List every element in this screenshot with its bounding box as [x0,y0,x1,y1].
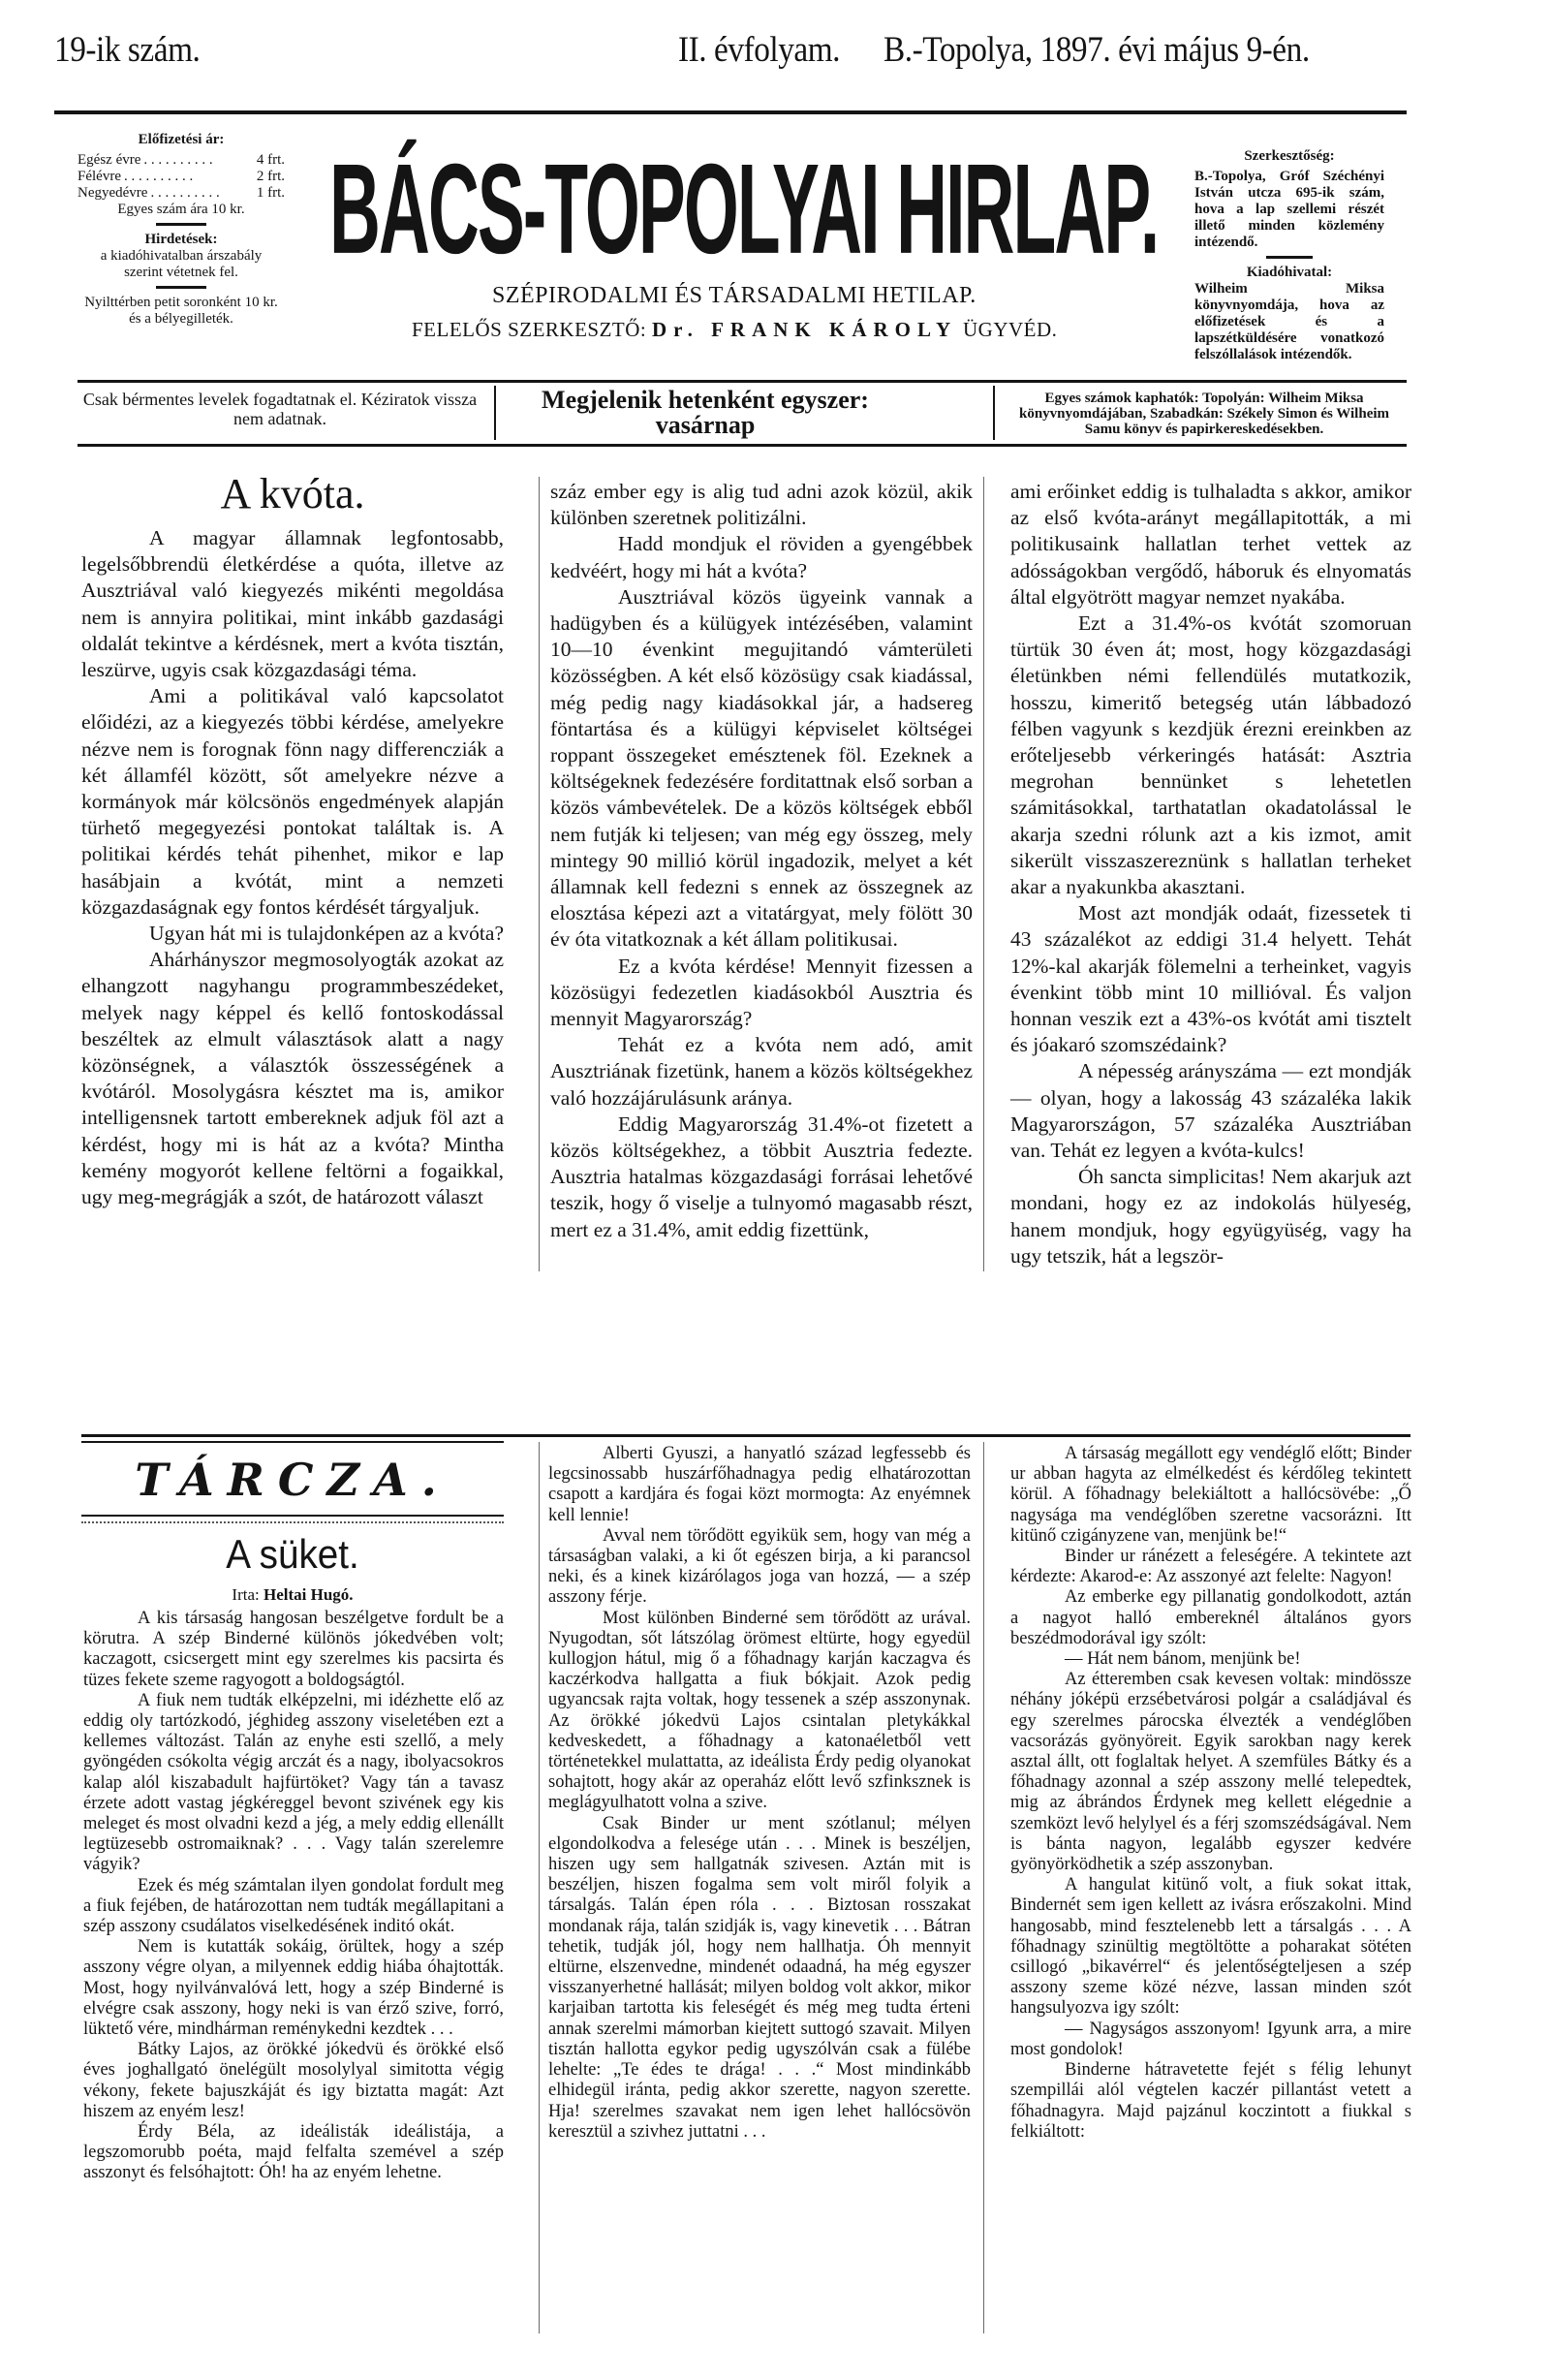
feuilleton-rule [81,1515,504,1517]
story-column-2: Alberti Gyuszi, a hanyatló század legfes… [548,1444,971,2143]
feuilleton-dotted-rule [81,1521,504,1523]
ads-text: a kiadóhivatalban árszabály szerint véte… [77,248,285,281]
sales-points-notice: Egyes számok kaphatók: Topolyán: Wilheim… [1002,391,1407,437]
story-title: A süket. [98,1531,486,1578]
masthead-title: BÁCS-TOPOLYAI HIRLAP. [329,145,1158,273]
publisher-text: Wilheim Miksa könyvnyomdája, hova az elő… [1194,281,1384,363]
feuilleton-section-title: TÁRCZA. [81,1454,504,1506]
article-column-1: A magyar államnak legfontosabb, legelsőb… [81,525,504,1210]
notice-rule-bottom [77,444,1407,447]
divider [156,223,206,226]
publication-schedule: Megjelenik hetenként egyszer: vasárnap [500,388,911,438]
column-divider [983,1442,984,2333]
column-divider [539,1442,540,2333]
editorial-office-title: Szerkesztőség: [1194,148,1384,165]
editor-name: Dr. FRANK KÁROLY [652,318,957,341]
issue-number: 19-ik szám. [54,29,200,71]
divider [156,286,206,289]
editorial-office-box: Szerkesztőség: B.-Topolya, Gróf Széchény… [1194,148,1384,363]
single-issue-price: Egyes szám ára 10 kr. [77,202,285,218]
story-column-1: A kis társaság hangosan beszélgetve ford… [83,1609,504,2184]
editor-suffix: ÜGYVÉD. [963,318,1057,341]
masthead-subtitle: SZÉPIRODALMI ÉS TÁRSADALMI HETILAP. [492,283,976,309]
story-column-3: A társaság megállott egy vendéglő előtt;… [1010,1444,1411,2143]
column-divider [539,477,540,1271]
column-divider [983,477,984,1271]
article-title: A kvóta. [81,469,504,518]
story-author: Heltai Hugó. [263,1585,354,1604]
open-space-text: Nyilttérben petit soronként 10 kr. és a … [77,295,285,328]
notice-rule-top [77,380,1407,383]
article-column-3: ami erőinket eddig is tulhaladta s akkor… [1010,479,1411,1269]
feuilleton-rule [81,1441,504,1443]
notice-divider [993,386,995,440]
feuilleton-rule [81,1434,1410,1437]
publisher-title: Kiadóhivatal: [1194,265,1384,281]
article-column-2: száz ember egy is alig tud adni azok köz… [550,479,973,1243]
price-row: Félévre. . . . . . . . . .2 frt. [77,169,285,185]
header-rule [54,110,1407,114]
price-row: Negyedévre. . . . . . . . . .1 frt. [77,185,285,202]
editor-line: FELELŐS SZERKESZTŐ: Dr. FRANK KÁROLY ÜGY… [412,318,1057,342]
notice-divider [494,386,496,440]
editor-prefix: FELELŐS SZERKESZTŐ: [412,318,646,341]
subscription-box: Előfizetési ár: Egész évre. . . . . . . … [77,132,285,328]
story-byline: Irta: Heltai Hugó. [81,1585,504,1605]
volume: II. évfolyam. [678,29,840,71]
place-date: B.-Topolya, 1897. évi május 9-én. [883,29,1310,71]
subscription-title: Előfizetési ár: [77,132,285,148]
editorial-office-text: B.-Topolya, Gróf Széchényi István utcza … [1194,169,1384,251]
price-row: Egész évre. . . . . . . . . .4 frt. [77,152,285,169]
divider [1266,256,1313,259]
ads-title: Hirdetések: [77,232,285,248]
letters-notice: Csak bérmentes levelek fogadtatnak el. K… [77,390,482,428]
